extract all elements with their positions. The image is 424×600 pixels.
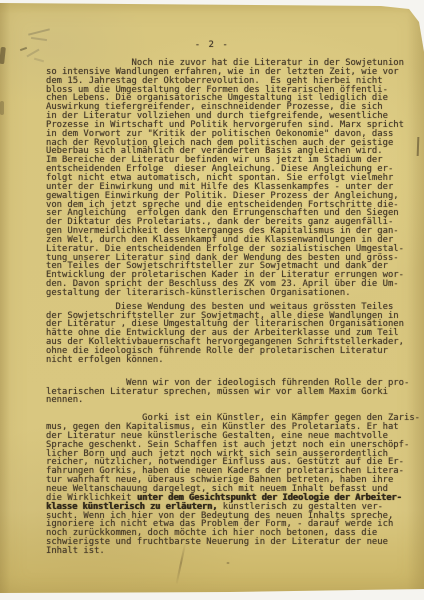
pencil-mark (28, 28, 50, 35)
paragraph: Noch nie zuvor hat die Literatur in der … (46, 59, 418, 298)
document-text: Noch nie zuvor hat die Literatur in der … (46, 59, 418, 556)
text-line: Inhalt ist. (46, 547, 418, 556)
paragraph: Gorki ist ein Künstler, ein Kämpfer gege… (46, 414, 418, 556)
paragraph: Diese Wendung des besten und weitaus grö… (46, 303, 418, 365)
text-line: gestaltung der literarisch-künstlerische… (46, 289, 418, 298)
page-number: - 2 - (0, 40, 424, 50)
left-edge-smudge-mark (0, 101, 4, 115)
scanned-document: - 2 - Noch nie zuvor hat die Literatur i… (0, 0, 424, 600)
text-line: nicht erfolgen können. (46, 356, 418, 365)
paragraph: Wenn wir von der ideologisch führenden R… (46, 379, 418, 406)
text-line: letarischen Literatur sprechen, müssen w… (46, 388, 418, 397)
text-line: nennen. (46, 396, 418, 405)
pencil-mark (34, 58, 44, 63)
paper-sheet: - 2 - Noch nie zuvor hat die Literatur i… (0, 0, 424, 600)
